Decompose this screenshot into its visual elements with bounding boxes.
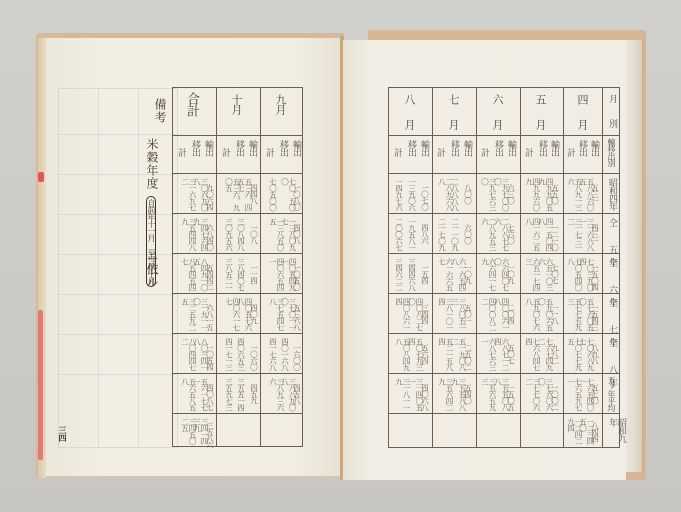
show-through-line	[58, 334, 178, 335]
table-row: 一五〇四 七〇三九〇四 七〇五四〇八 七〇七 六五一〇三六 六五一七四三 一〇九…	[389, 256, 602, 292]
row-divider	[389, 413, 619, 414]
cell: 六一六六五七	[438, 258, 453, 292]
month-header-sep: 九月	[275, 94, 286, 134]
month-header-jul: 七月	[448, 94, 459, 144]
sub-header-export: 輸出	[203, 140, 212, 156]
show-through-line	[58, 134, 178, 135]
remarks-text: 米穀年度	[146, 138, 158, 190]
sub-header-export: 輸出	[291, 140, 300, 156]
row-divider	[173, 333, 302, 334]
cell: 一〇六〇	[250, 344, 258, 370]
table-row: 四三一 三一六八八一 三一七三一二 一二一〇 四一五〇四八 四一六二五八 七六〇…	[389, 216, 602, 252]
row-divider	[173, 135, 302, 136]
cell: 八〇四四七二	[181, 338, 196, 372]
cell: 三〇八四八	[237, 218, 245, 251]
cell: 五七七五九三	[567, 298, 582, 332]
row-divider	[389, 373, 619, 374]
cell: 四五九	[250, 384, 258, 404]
cell: 二〇〇六七	[395, 218, 403, 251]
month-header-apr: 四月	[577, 94, 588, 144]
cell: 五〇八四九八	[395, 338, 410, 372]
show-through-line	[138, 88, 139, 448]
row-divider	[389, 293, 619, 294]
cell: 六五一七四三	[525, 258, 540, 292]
table-row: 八四四 一二三四五〇 一二四二九四	[389, 416, 602, 448]
cell: 二一一〇九	[451, 218, 459, 251]
cell: 五八九一三六	[567, 178, 582, 212]
row-label: 五ヶ年平均	[607, 376, 615, 411]
cell: 三五五一四	[237, 378, 245, 411]
month-header-may: 五月	[535, 94, 546, 144]
table-row: 一〇五〇 四〇五四九一 四〇六五四一 一一四 三八四〇七 三八五二一 五四四二 …	[173, 256, 304, 292]
cell: 六六四一七九	[481, 258, 496, 292]
red-stain-mark	[38, 310, 43, 460]
cell: 七六八四七四	[525, 338, 540, 372]
cell: 三七七〇六二	[525, 378, 540, 412]
table-row: 五七〇 七六五四〇一 七六五九七一 一〇〇二 三七六〇六〇 三七七〇六二 一五〇…	[389, 376, 602, 412]
cell: 三二五九二五	[181, 298, 196, 332]
cell: 三八九三六六	[269, 378, 284, 412]
cell: 二八九五三六	[481, 218, 496, 252]
sub-header-total: 計	[220, 148, 229, 156]
cell: 五六五八五八	[181, 378, 196, 412]
row-divider	[389, 173, 619, 174]
sub-header-total: 計	[435, 148, 444, 156]
cell: 一〇七〇	[421, 184, 429, 210]
cell: 四一七六八	[269, 338, 277, 371]
sub-header-transfer: 移出	[278, 140, 287, 156]
sub-header-total: 計	[565, 148, 574, 156]
open-ledger-book: 備考 米穀年度 自前年十一月 至当年十月 ニ依ル 九月 十月 合計 輸出 移出 …	[0, 0, 681, 512]
cell: 三九七六三〇	[481, 178, 496, 212]
cell: 二一七〇九	[438, 218, 446, 251]
row-divider	[173, 373, 302, 374]
cell: 二八九六八八	[438, 178, 453, 212]
show-through-line	[98, 88, 99, 448]
row-label: 昭和四年	[607, 178, 616, 210]
month-header-oct: 十月	[231, 94, 242, 134]
cell: 三四四六八	[408, 258, 416, 291]
cell: 五九〇七六八	[525, 298, 540, 332]
table-row: 四五八 三八八九〇八 三八九三六六 四五九 三五五一四 三五九七三 四〇八七 五…	[173, 376, 304, 412]
left-monthly-table: 九月 十月 合計 輸出 移出 計 輸出 移出 計 輸出 移出 計 一〇八〇 七〇…	[172, 87, 303, 447]
sub-header-export: 輸出	[462, 140, 471, 156]
cell: 三一七三一二	[567, 218, 582, 252]
table-row: 一〇八〇 七〇、五〇〇 七〇五〇〇 四四八 五三六、四五七 五三六、九〇五 九〇…	[173, 176, 304, 212]
sub-header-export: 輸出	[589, 140, 598, 156]
cell: 四一七一三	[225, 338, 233, 371]
cell: 六八七六三一	[481, 338, 496, 372]
sub-header-transfer: 移出	[234, 140, 243, 156]
sub-header-total: 計	[264, 148, 273, 156]
cell: 四〇一六八	[281, 338, 289, 371]
sub-header-transfer: 移出	[449, 140, 458, 156]
cell: 三一六九七二	[181, 178, 196, 212]
table-row: 八九八 七〇六八九七 七〇七七九五 九八二 七六七四九二 七六八四七四 五〇七 …	[389, 336, 602, 372]
row-divider	[173, 173, 302, 174]
cell: 四〇六一七七	[225, 298, 240, 332]
show-through-line	[58, 214, 178, 215]
cell: 一二四二九四	[567, 418, 582, 448]
sub-header-transfer: 移出	[406, 140, 415, 156]
red-stain-mark	[38, 172, 44, 182]
row-divider	[389, 253, 619, 254]
cell: 一一四	[250, 264, 258, 284]
cell: 一九五八一	[408, 218, 416, 251]
cell: 五二一五八四	[438, 338, 453, 372]
cell: 四〇八六一四	[395, 298, 410, 332]
cell: 七〇七七九五	[567, 338, 582, 372]
sub-header-total: 計	[176, 148, 185, 156]
month-header-aug: 八月	[404, 94, 415, 144]
row-divider	[389, 333, 619, 334]
total-header: 合計	[185, 92, 198, 132]
cell: 三五九七三	[225, 378, 233, 411]
cell: 四〇六五四一	[269, 258, 284, 292]
table-row: 五三一 五八八六〇五 五八九一三六 五五〇 四九九〇五九 四九九六〇九 六三〇 …	[389, 176, 602, 212]
cell: 四〇六五三	[237, 338, 245, 371]
cell: 八〇〇	[464, 184, 472, 204]
sub-header-export: 輸出	[419, 140, 428, 156]
cell: 三四六二二	[395, 258, 403, 291]
remarks-suffix: ニ依ル	[146, 250, 158, 289]
right-page-stack-edge	[624, 40, 644, 472]
row-label: 昭和九年	[607, 418, 625, 447]
cell: 一五四	[421, 264, 429, 284]
table-row: 一五四三 五七六〇五〇 五七七五九三 一一八 五九〇六五〇 五九〇七六八 二〇四…	[389, 296, 602, 332]
cell: 四九九六〇九	[525, 178, 540, 212]
sub-header-total: 計	[479, 148, 488, 156]
sub-header-export: 輸出	[247, 140, 256, 156]
cell: 八五四五四七	[181, 258, 196, 292]
cell: 四八六	[421, 224, 429, 244]
sub-header-total: 計	[523, 148, 532, 156]
remarks-label: 備考	[154, 98, 166, 124]
cell: 四〇〇八二二	[481, 298, 496, 332]
cell: 一六〇〇	[293, 344, 301, 370]
cell: 三七五四七八	[269, 298, 284, 332]
row-divider	[173, 253, 302, 254]
month-header-jun: 六月	[492, 94, 503, 144]
row-divider	[173, 293, 302, 294]
right-monthly-table: 月別 輸移出別 昭和四年 仝 五年 仝 六年 仝 七年 仝 八年 五ヶ年平均 昭…	[388, 87, 620, 448]
month-label-header: 月別	[607, 94, 616, 144]
show-through-line	[58, 374, 178, 375]
sub-header-transfer: 移出	[577, 140, 586, 156]
cell: 七〇五〇〇	[269, 178, 277, 211]
row-divider	[389, 213, 619, 214]
sub-header-transfer: 移出	[190, 140, 199, 156]
cell: 六〇〇	[464, 224, 472, 244]
cell: 三八四〇七	[237, 258, 245, 291]
table-row: 三五八六 三四一四三九 三四五〇二五	[173, 416, 304, 448]
cell: 三八五二一	[225, 258, 233, 291]
sub-header-export: 輸出	[506, 140, 515, 156]
cell: 三〇九五六	[225, 218, 233, 251]
cell: 七〇、五〇〇	[281, 178, 296, 212]
sub-header-export: 輸出	[549, 140, 558, 156]
cell: 三五六四二九	[438, 378, 453, 412]
cell: 三五六五九三	[481, 378, 496, 412]
show-through-line	[58, 254, 178, 255]
table-row: 一六〇〇 四〇一六八 四一七六八 一〇六〇 四〇六五三 四一七一三 一〇五四 八…	[173, 336, 304, 372]
show-through-line	[58, 294, 178, 295]
cell: 一四九七六	[395, 178, 403, 211]
cell: 三一八一一九	[395, 378, 410, 412]
row-divider	[173, 213, 302, 214]
cell: 一三八五〇五	[269, 218, 284, 252]
cell: 三五四四八九	[181, 218, 196, 252]
table-row: 五三六八 三七〇一一〇 三七五四七八 四〇九 四〇五七六八 四〇六一七七 六八一…	[173, 296, 304, 332]
cell: 三四五〇二五	[181, 418, 196, 448]
show-through-line	[58, 174, 178, 175]
table-row: 四〇八 一三八〇九七 一三八五〇五 一〇八 三〇八四八 三〇九五六 六八四〇 三…	[173, 216, 304, 252]
row-divider	[173, 413, 302, 414]
sub-header-transfer: 移出	[493, 140, 502, 156]
cell: 一〇八	[250, 224, 258, 244]
show-through-grid	[58, 88, 178, 448]
type-label-header: 輸移出別	[607, 138, 615, 166]
cell: 一三九〇六	[408, 178, 416, 211]
page-number-mark: 三四	[58, 426, 69, 442]
column-divider	[602, 88, 603, 447]
sub-header-transfer: 移出	[537, 140, 546, 156]
cell: 三八一〇一四	[438, 298, 453, 332]
cell: 四一六二五八	[525, 218, 540, 252]
sub-header-total: 計	[392, 148, 401, 156]
cell: 五三六、九〇五	[225, 178, 240, 212]
cell: 七〇五四〇八	[567, 258, 582, 292]
cell: 七六五九七一	[567, 378, 582, 412]
